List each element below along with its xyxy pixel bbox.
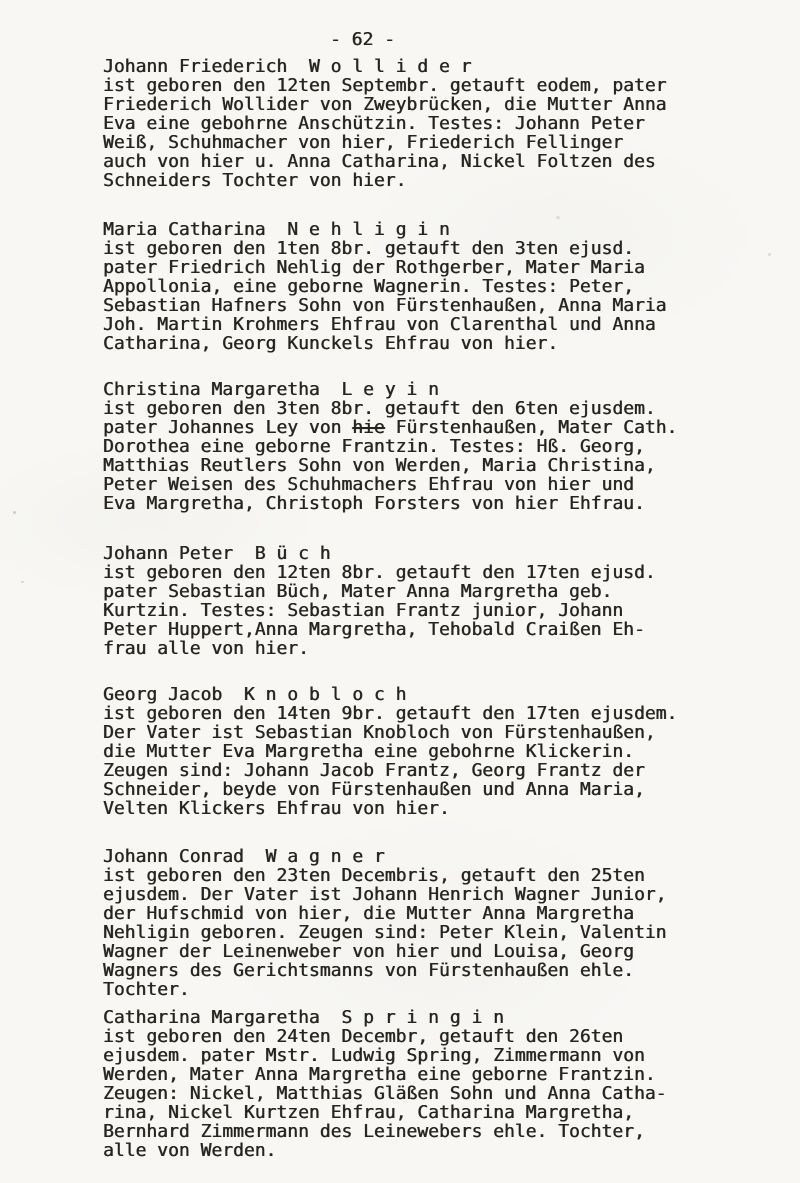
entry-line: Velten Klickers Ehfrau von hier. (103, 799, 677, 818)
entry-line: Peter Huppert,Anna Margretha, Tehobald C… (103, 620, 656, 639)
scanned-document-page: - 62 - Johann Friederich W o l l i d e r… (0, 0, 800, 1183)
entry-line: ist geboren den 14ten 9br. getauft den 1… (103, 704, 677, 723)
entry-line: Friederich Wollider von Zweybrücken, die… (103, 95, 667, 114)
entry-line: auch von hier u. Anna Catharina, Nickel … (103, 152, 667, 171)
entry-line: Sebastian Hafners Sohn von Fürstenhaußen… (103, 296, 667, 315)
struck-word: hie (352, 417, 385, 438)
entry-line: Der Vater ist Sebastian Knobloch von Für… (103, 723, 677, 742)
entry-line: Bernhard Zimmermann des Leinewebers ehle… (103, 1122, 667, 1141)
record-entry: Johann Peter B ü c hist geboren den 12te… (103, 544, 656, 658)
entry-line: ejusdem. pater Mstr. Ludwig Spring, Zimm… (103, 1046, 667, 1065)
entry-line: Wagner der Leinenweber von hier und Loui… (103, 942, 667, 961)
entry-line: Matthias Reutlers Sohn von Werden, Maria… (103, 456, 677, 475)
entry-line: pater Friedrich Nehlig der Rothgerber, M… (103, 258, 667, 277)
scan-speck (21, 581, 24, 583)
scan-speck (13, 511, 16, 514)
entry-line: Tochter. (103, 980, 667, 999)
record-entry: Johann Friederich W o l l i d e rist geb… (103, 57, 667, 190)
entry-heading: Christina Margaretha L e y i n (103, 380, 677, 399)
entry-line: ist geboren den 3ten 8br. getauft den 6t… (103, 399, 677, 418)
entry-line: Dorothea eine geborne Frantzin. Testes: … (103, 437, 677, 456)
entry-line: pater Johannes Ley von hie Fürstenhaußen… (103, 418, 677, 437)
entry-line: Joh. Martin Krohmers Ehfrau von Clarenth… (103, 315, 667, 334)
entry-line: Wagners des Gerichtsmanns von Fürstenhau… (103, 961, 667, 980)
entry-line: Zeugen sind: Johann Jacob Frantz, Georg … (103, 761, 677, 780)
entry-line: Nehligin geboren. Zeugen sind: Peter Kle… (103, 923, 667, 942)
entry-line: ist geboren den 23ten Decembris, getauft… (103, 866, 667, 885)
record-entry: Christina Margaretha L e y i nist gebore… (103, 380, 677, 513)
entry-line: Eva Margretha, Christoph Forsters von hi… (103, 494, 677, 513)
scan-speck (556, 216, 560, 219)
entry-line: Eva eine gebohrne Anschützin. Testes: Jo… (103, 114, 667, 133)
entry-line: pater Sebastian Büch, Mater Anna Margret… (103, 582, 656, 601)
entry-line: Schneider, beyde von Fürstenhaußen und A… (103, 780, 677, 799)
entry-heading: Georg Jacob K n o b l o c h (103, 685, 677, 704)
entry-line: Werden, Mater Anna Margretha eine geborn… (103, 1065, 667, 1084)
entry-line: Peter Weisen des Schuhmachers Ehfrau von… (103, 475, 677, 494)
entry-heading: Johann Peter B ü c h (103, 544, 656, 563)
entry-line: Weiß, Schuhmacher von hier, Friederich F… (103, 133, 667, 152)
entry-line: alle von Werden. (103, 1141, 667, 1160)
scan-speck (768, 253, 771, 256)
entry-line: ist geboren den 1ten 8br. getauft den 3t… (103, 239, 667, 258)
record-entry: Catharina Margaretha S p r i n g i nist … (103, 1008, 667, 1160)
record-entry: Johann Conrad W a g n e rist geboren den… (103, 847, 667, 999)
entry-heading: Johann Friederich W o l l i d e r (103, 57, 667, 76)
entry-line: Zeugen: Nickel, Matthias Gläßen Sohn und… (103, 1084, 667, 1103)
entries: Johann Friederich W o l l i d e rist geb… (0, 0, 800, 1183)
entry-line: Catharina, Georg Kunckels Ehfrau von hie… (103, 334, 667, 353)
entry-line: die Mutter Eva Margretha eine gebohrne K… (103, 742, 677, 761)
entry-line: ist geboren den 12ten Septembr. getauft … (103, 76, 667, 95)
entry-line: rina, Nickel Kurtzen Ehfrau, Catharina M… (103, 1103, 667, 1122)
entry-line: Kurtzin. Testes: Sebastian Frantz junior… (103, 601, 656, 620)
entry-line: der Hufschmid von hier, die Mutter Anna … (103, 904, 667, 923)
entry-heading: Johann Conrad W a g n e r (103, 847, 667, 866)
entry-heading: Maria Catharina N e h l i g i n (103, 220, 667, 239)
entry-line: ist geboren den 12ten 8br. getauft den 1… (103, 563, 656, 582)
record-entry: Maria Catharina N e h l i g i nist gebor… (103, 220, 667, 353)
entry-line: Appollonia, eine geborne Wagnerin. Teste… (103, 277, 667, 296)
entry-line: frau alle von hier. (103, 639, 656, 658)
entry-line: Schneiders Tochter von hier. (103, 171, 667, 190)
entry-line: ejusdem. Der Vater ist Johann Henrich Wa… (103, 885, 667, 904)
entry-line: ist geboren den 24ten Decembr, getauft d… (103, 1027, 667, 1046)
record-entry: Georg Jacob K n o b l o c hist geboren d… (103, 685, 677, 818)
entry-heading: Catharina Margaretha S p r i n g i n (103, 1008, 667, 1027)
